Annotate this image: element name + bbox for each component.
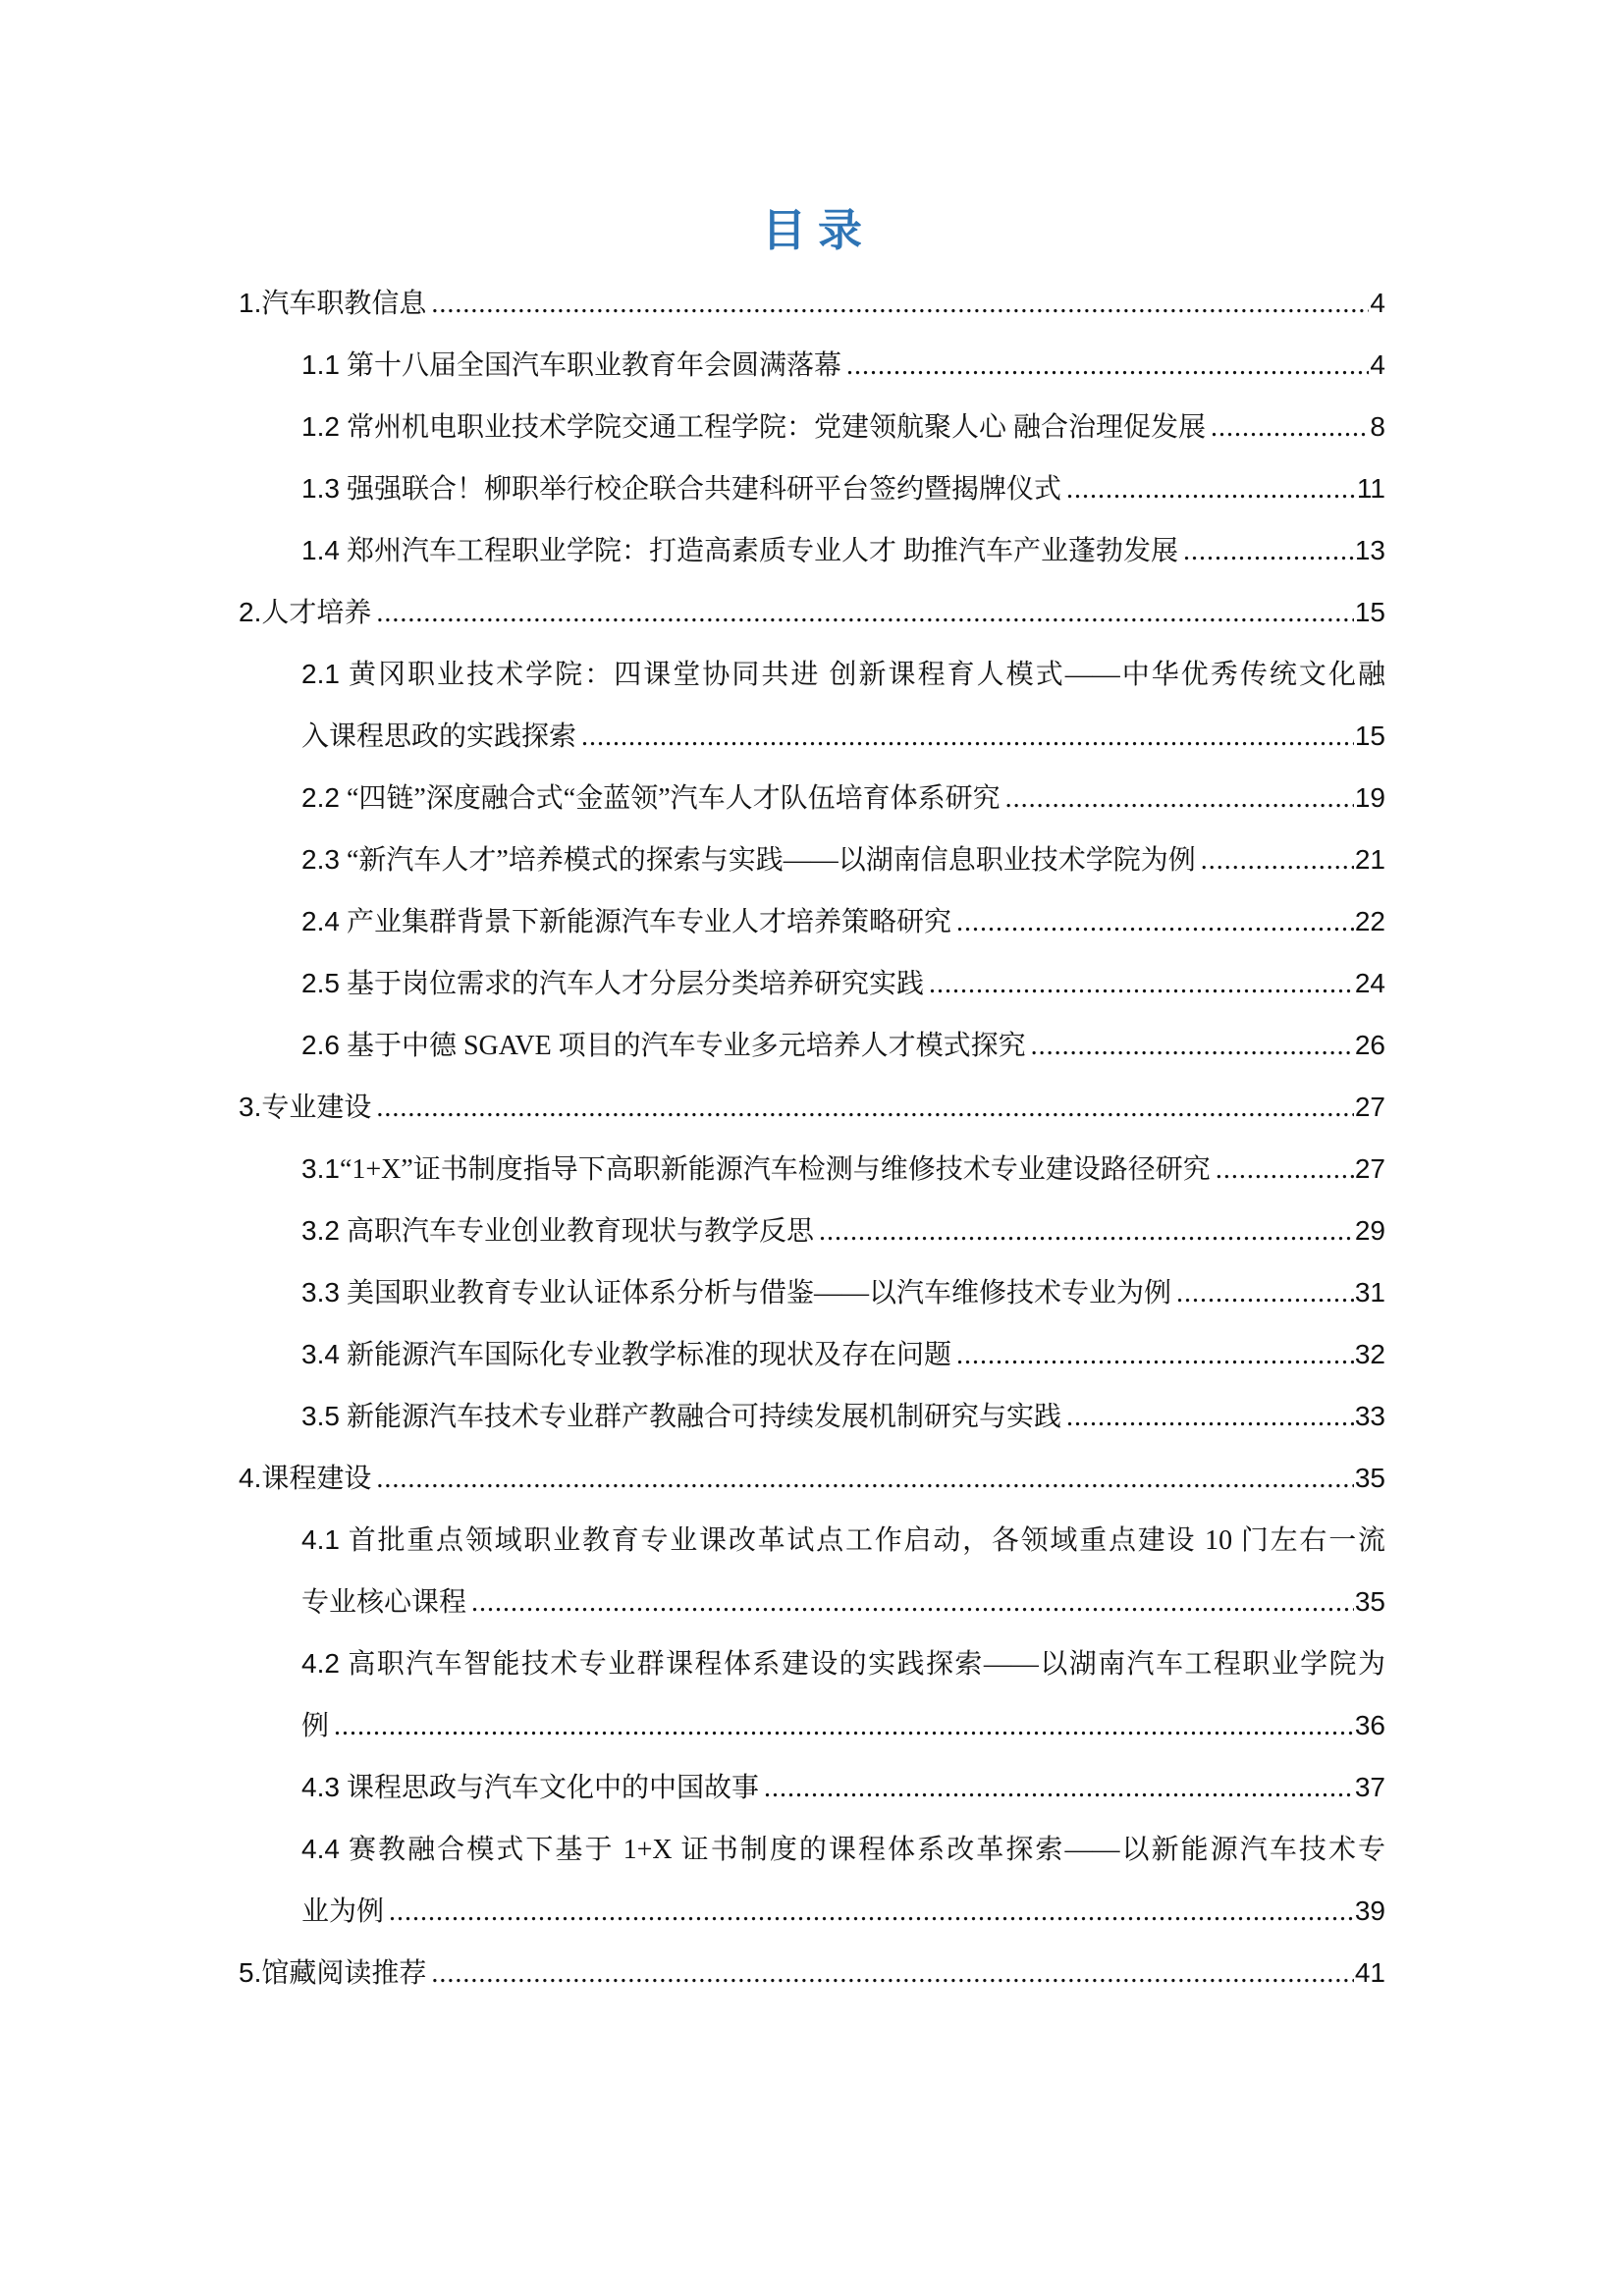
toc-entry-row: 2.人才培养15: [239, 582, 1385, 644]
toc-entry-row: 1.3 强强联合！柳职举行校企联合共建科研平台签约暨揭牌仪式11: [301, 458, 1385, 520]
toc-entry-number: 4.3: [301, 1772, 340, 1802]
toc-page-number: 35: [1355, 1572, 1385, 1632]
toc-entry[interactable]: 3.专业建设27: [239, 1077, 1385, 1139]
toc-entry-title: 郑州汽车工程职业学院：打造高素质专业人才 助推汽车产业蓬勃发展: [340, 536, 1178, 566]
toc-entry-row: 2.6 基于中德 SGAVE 项目的汽车专业多元培养人才模式探究26: [301, 1015, 1385, 1077]
toc-entry[interactable]: 1.2 常州机电职业技术学院交通工程学院：党建领航聚人心 融合治理促发展8: [239, 397, 1385, 458]
toc-entry-row: 业为例39: [301, 1881, 1385, 1943]
toc-entry-text: 3.专业建设: [239, 1077, 371, 1139]
toc-entry[interactable]: 2.2 “四链”深度融合式“金蓝领”汽车人才队伍培育体系研究19: [239, 768, 1385, 829]
dot-leader: [1183, 521, 1354, 582]
toc-entry-title: 业为例: [301, 1896, 384, 1927]
toc-entry-row: 入课程思政的实践探索15: [301, 706, 1385, 768]
dot-leader: [471, 1573, 1354, 1633]
dot-leader: [334, 1696, 1354, 1757]
toc-entry-number: 4.1: [301, 1524, 340, 1555]
toc-entry-row: 专业核心课程35: [301, 1572, 1385, 1633]
toc-entry-number: 3.5: [301, 1401, 340, 1431]
toc-entry-number: 2.3: [301, 844, 340, 875]
toc-entry-row: 3.3 美国职业教育专业认证体系分析与借鉴——以汽车维修技术专业为例31: [301, 1262, 1385, 1324]
toc-entry-text: 3.4 新能源汽车国际化专业教学标准的现状及存在问题: [301, 1324, 951, 1386]
toc-entry[interactable]: 1.汽车职教信息4: [239, 273, 1385, 335]
toc-page-number: 29: [1355, 1201, 1385, 1261]
toc-entry-number: 2.4: [301, 906, 340, 936]
toc-entry-title: 新能源汽车技术专业群产教融合可持续发展机制研究与实践: [340, 1402, 1061, 1432]
toc-page-number: 4: [1370, 273, 1385, 334]
toc-entry[interactable]: 2.人才培养15: [239, 582, 1385, 644]
toc-entry-text: 2.4 产业集群背景下新能源汽车专业人才培养策略研究: [301, 891, 951, 953]
toc-entry-title: 第十八届全国汽车职业教育年会圆满落幕: [340, 350, 841, 381]
toc-entry-text: 业为例: [301, 1882, 384, 1943]
toc-entry-text: 5.馆藏阅读推荐: [239, 1943, 426, 2004]
toc-entry-text: 入课程思政的实践探索: [301, 707, 576, 768]
toc-entry[interactable]: 3.5 新能源汽车技术专业群产教融合可持续发展机制研究与实践33: [239, 1386, 1385, 1448]
toc-entry-row: 4.3 课程思政与汽车文化中的中国故事37: [301, 1757, 1385, 1819]
dot-leader: [1066, 459, 1356, 520]
toc-entry[interactable]: 1.1 第十八届全国汽车职业教育年会圆满落幕4: [239, 335, 1385, 397]
toc-entry-number: 1.3: [301, 473, 340, 504]
dot-leader: [376, 1449, 1353, 1510]
toc-list: 1.汽车职教信息41.1 第十八届全国汽车职业教育年会圆满落幕41.2 常州机电…: [239, 273, 1385, 2004]
toc-entry[interactable]: 2.5 基于岗位需求的汽车人才分层分类培养研究实践24: [239, 953, 1385, 1015]
toc-entry-number: 1.1: [301, 349, 340, 380]
toc-title: 目录: [0, 0, 1624, 259]
toc-entry[interactable]: 4.2 高职汽车智能技术专业群课程体系建设的实践探索——以湖南汽车工程职业学院为…: [239, 1633, 1385, 1757]
toc-entry-title: 汽车职教信息: [261, 289, 426, 319]
dot-leader: [1211, 398, 1369, 458]
dot-leader: [764, 1758, 1354, 1819]
toc-entry-text: 3.2 高职汽车专业创业教育现状与教学反思: [301, 1201, 814, 1262]
toc-entry-title: 馆藏阅读推荐: [261, 1958, 426, 1989]
toc-entry[interactable]: 2.6 基于中德 SGAVE 项目的汽车专业多元培养人才模式探究26: [239, 1015, 1385, 1077]
toc-page-number: 27: [1355, 1139, 1385, 1200]
toc-page-number: 22: [1355, 891, 1385, 952]
dot-leader: [376, 583, 1353, 644]
toc-entry-row: 2.4 产业集群背景下新能源汽车专业人才培养策略研究22: [301, 891, 1385, 953]
toc-entry[interactable]: 4.1 首批重点领域职业教育专业课改革试点工作启动，各领域重点建设 10 门左右…: [239, 1510, 1385, 1633]
toc-entry-text: 1.4 郑州汽车工程职业学院：打造高素质专业人才 助推汽车产业蓬勃发展: [301, 520, 1178, 582]
toc-entry-title: 常州机电职业技术学院交通工程学院：党建领航聚人心 融合治理促发展: [340, 412, 1206, 443]
toc-entry[interactable]: 5.馆藏阅读推荐41: [239, 1943, 1385, 2004]
toc-entry-title: “新汽车人才”培养模式的探索与实践——以湖南信息职业技术学院为例: [340, 845, 1196, 876]
toc-page-number: 36: [1355, 1695, 1385, 1756]
toc-entry-number: 3.: [239, 1092, 261, 1122]
toc-entry-text: 4.3 课程思政与汽车文化中的中国故事: [301, 1757, 759, 1819]
dot-leader: [1176, 1263, 1354, 1324]
toc-page-number: 15: [1355, 582, 1385, 643]
toc-page-number: 19: [1355, 768, 1385, 828]
toc-entry-number: 1.: [239, 288, 261, 318]
toc-entry-number: 1.4: [301, 535, 340, 565]
toc-entry-number: 3.2: [301, 1215, 340, 1246]
toc-page-number: 35: [1355, 1448, 1385, 1509]
toc-entry-number: 1.2: [301, 411, 340, 442]
toc-entry-title: 例: [301, 1711, 329, 1741]
toc-entry-text: 1.1 第十八届全国汽车职业教育年会圆满落幕: [301, 335, 841, 397]
toc-entry-title: 课程建设: [261, 1464, 371, 1494]
toc-entry-line1: 4.4 赛教融合模式下基于 1+X 证书制度的课程体系改革探索——以新能源汽车技…: [301, 1819, 1385, 1881]
toc-entry-row: 2.5 基于岗位需求的汽车人才分层分类培养研究实践24: [301, 953, 1385, 1015]
dot-leader: [1005, 769, 1354, 829]
toc-entry-text: 2.6 基于中德 SGAVE 项目的汽车专业多元培养人才模式探究: [301, 1015, 1026, 1077]
dot-leader: [846, 336, 1369, 397]
toc-page-number: 39: [1355, 1881, 1385, 1942]
dot-leader: [1201, 830, 1354, 891]
toc-entry-text: 例: [301, 1696, 329, 1757]
toc-page-number: 24: [1355, 953, 1385, 1014]
toc-entry-line1: 2.1 黄冈职业技术学院：四课堂协同共进 创新课程育人模式——中华优秀传统文化融: [301, 644, 1385, 706]
toc-entry-title: 高职汽车智能技术专业群课程体系建设的实践探索——以湖南汽车工程职业学院为: [340, 1649, 1385, 1680]
toc-entry[interactable]: 4.3 课程思政与汽车文化中的中国故事37: [239, 1757, 1385, 1819]
toc-entry[interactable]: 3.2 高职汽车专业创业教育现状与教学反思29: [239, 1201, 1385, 1262]
toc-page-number: 32: [1355, 1324, 1385, 1385]
dot-leader: [819, 1201, 1354, 1262]
toc-entry-title: 赛教融合模式下基于 1+X 证书制度的课程体系改革探索——以新能源汽车技术专: [340, 1835, 1385, 1865]
toc-page-number: 26: [1355, 1015, 1385, 1076]
toc-page-number: 31: [1355, 1262, 1385, 1323]
toc-page-number: 21: [1355, 829, 1385, 890]
toc-entry[interactable]: 3.3 美国职业教育专业认证体系分析与借鉴——以汽车维修技术专业为例31: [239, 1262, 1385, 1324]
toc-entry-row: 3.2 高职汽车专业创业教育现状与教学反思29: [301, 1201, 1385, 1262]
toc-entry-row: 3.专业建设27: [239, 1077, 1385, 1139]
toc-entry-line1: 4.2 高职汽车智能技术专业群课程体系建设的实践探索——以湖南汽车工程职业学院为: [301, 1633, 1385, 1695]
toc-entry-title: “1+X”证书制度指导下高职新能源汽车检测与维修技术专业建设路径研究: [340, 1154, 1211, 1185]
toc-entry-title: 基于岗位需求的汽车人才分层分类培养研究实践: [340, 969, 924, 999]
dot-leader: [431, 274, 1369, 335]
toc-page-number: 13: [1355, 520, 1385, 581]
toc-entry[interactable]: 1.4 郑州汽车工程职业学院：打造高素质专业人才 助推汽车产业蓬勃发展13: [239, 520, 1385, 582]
toc-entry-row: 5.馆藏阅读推荐41: [239, 1943, 1385, 2004]
toc-entry-text: 3.5 新能源汽车技术专业群产教融合可持续发展机制研究与实践: [301, 1386, 1061, 1448]
toc-entry-title: 首批重点领域职业教育专业课改革试点工作启动，各领域重点建设 10 门左右一流: [340, 1525, 1385, 1556]
toc-page-number: 11: [1357, 458, 1385, 519]
toc-entry-number: 2.2: [301, 782, 340, 813]
toc-entry-text: 1.3 强强联合！柳职举行校企联合共建科研平台签约暨揭牌仪式: [301, 458, 1061, 520]
dot-leader: [929, 954, 1354, 1015]
toc-entry-title: 课程思政与汽车文化中的中国故事: [340, 1773, 759, 1803]
toc-entry-title: 专业建设: [261, 1093, 371, 1123]
toc-entry-row: 2.2 “四链”深度融合式“金蓝领”汽车人才队伍培育体系研究19: [301, 768, 1385, 829]
toc-entry-text: 2.3 “新汽车人才”培养模式的探索与实践——以湖南信息职业技术学院为例: [301, 829, 1196, 891]
toc-entry-line1: 4.1 首批重点领域职业教育专业课改革试点工作启动，各领域重点建设 10 门左右…: [301, 1510, 1385, 1572]
toc-entry[interactable]: 2.1 黄冈职业技术学院：四课堂协同共进 创新课程育人模式——中华优秀传统文化融…: [239, 644, 1385, 768]
toc-entry-text: 2.2 “四链”深度融合式“金蓝领”汽车人才队伍培育体系研究: [301, 768, 1001, 829]
toc-entry-text: 专业核心课程: [301, 1573, 466, 1633]
toc-entry-number: 3.3: [301, 1277, 340, 1308]
dot-leader: [956, 1325, 1354, 1386]
toc-entry-row: 2.3 “新汽车人才”培养模式的探索与实践——以湖南信息职业技术学院为例21: [301, 829, 1385, 891]
document-page: 目录 1.汽车职教信息41.1 第十八届全国汽车职业教育年会圆满落幕41.2 常…: [0, 0, 1624, 2296]
toc-entry-row: 1.汽车职教信息4: [239, 273, 1385, 335]
toc-entry-title: 入课程思政的实践探索: [301, 721, 576, 752]
toc-entry-title: 高职汽车专业创业教育现状与教学反思: [340, 1216, 814, 1247]
toc-page-number: 4: [1370, 335, 1385, 396]
toc-entry-title: 美国职业教育专业认证体系分析与借鉴——以汽车维修技术专业为例: [340, 1278, 1171, 1308]
dot-leader: [956, 892, 1354, 953]
toc-page-number: 27: [1355, 1077, 1385, 1138]
dot-leader: [376, 1078, 1353, 1139]
toc-entry-number: 5.: [239, 1957, 261, 1988]
toc-entry-text: 2.人才培养: [239, 582, 371, 644]
toc-entry[interactable]: 4.4 赛教融合模式下基于 1+X 证书制度的课程体系改革探索——以新能源汽车技…: [239, 1819, 1385, 1943]
toc-entry-number: 3.1: [301, 1153, 340, 1184]
toc-entry-title: 产业集群背景下新能源汽车专业人才培养策略研究: [340, 907, 951, 937]
toc-entry-title: 新能源汽车国际化专业教学标准的现状及存在问题: [340, 1340, 951, 1370]
dot-leader: [1216, 1140, 1354, 1201]
toc-entry-title: “四链”深度融合式“金蓝领”汽车人才队伍培育体系研究: [340, 783, 1001, 814]
toc-page-number: 33: [1355, 1386, 1385, 1447]
toc-entry-text: 3.3 美国职业教育专业认证体系分析与借鉴——以汽车维修技术专业为例: [301, 1262, 1171, 1324]
toc-entry-number: 4.4: [301, 1834, 340, 1864]
dot-leader: [1066, 1387, 1354, 1448]
toc-entry-number: 2.1: [301, 659, 340, 689]
dot-leader: [581, 707, 1354, 768]
toc-entry-number: 2.6: [301, 1030, 340, 1060]
toc-entry-text: 1.汽车职教信息: [239, 273, 426, 335]
toc-entry-text: 2.5 基于岗位需求的汽车人才分层分类培养研究实践: [301, 953, 924, 1015]
toc-page-number: 8: [1370, 397, 1385, 457]
toc-entry[interactable]: 1.3 强强联合！柳职举行校企联合共建科研平台签约暨揭牌仪式11: [239, 458, 1385, 520]
toc-entry-row: 1.1 第十八届全国汽车职业教育年会圆满落幕4: [301, 335, 1385, 397]
toc-page-number: 37: [1355, 1757, 1385, 1818]
toc-entry-row: 4.课程建设35: [239, 1448, 1385, 1510]
toc-entry[interactable]: 4.课程建设35: [239, 1448, 1385, 1510]
dot-leader: [389, 1882, 1354, 1943]
toc-entry-number: 3.4: [301, 1339, 340, 1369]
toc-entry-row: 3.4 新能源汽车国际化专业教学标准的现状及存在问题32: [301, 1324, 1385, 1386]
dot-leader: [1031, 1016, 1354, 1077]
toc-entry-row: 例36: [301, 1695, 1385, 1757]
toc-entry-title: 黄冈职业技术学院：四课堂协同共进 创新课程育人模式——中华优秀传统文化融: [340, 660, 1385, 690]
toc-entry-title: 专业核心课程: [301, 1587, 466, 1618]
dot-leader: [431, 1944, 1353, 2004]
toc-entry-text: 3.1“1+X”证书制度指导下高职新能源汽车检测与维修技术专业建设路径研究: [301, 1139, 1211, 1201]
toc-entry-row: 1.4 郑州汽车工程职业学院：打造高素质专业人才 助推汽车产业蓬勃发展13: [301, 520, 1385, 582]
toc-entry[interactable]: 3.4 新能源汽车国际化专业教学标准的现状及存在问题32: [239, 1324, 1385, 1386]
toc-entry[interactable]: 2.4 产业集群背景下新能源汽车专业人才培养策略研究22: [239, 891, 1385, 953]
toc-entry-number: 4.2: [301, 1648, 340, 1679]
toc-entry-text: 1.2 常州机电职业技术学院交通工程学院：党建领航聚人心 融合治理促发展: [301, 397, 1206, 458]
toc-entry-number: 2.5: [301, 968, 340, 998]
toc-entry-title: 人才培养: [261, 598, 371, 628]
toc-entry-row: 3.1“1+X”证书制度指导下高职新能源汽车检测与维修技术专业建设路径研究27: [301, 1139, 1385, 1201]
toc-entry-row: 3.5 新能源汽车技术专业群产教融合可持续发展机制研究与实践33: [301, 1386, 1385, 1448]
toc-entry-title: 基于中德 SGAVE 项目的汽车专业多元培养人才模式探究: [340, 1031, 1026, 1061]
toc-entry-text: 4.课程建设: [239, 1448, 371, 1510]
toc-entry[interactable]: 2.3 “新汽车人才”培养模式的探索与实践——以湖南信息职业技术学院为例21: [239, 829, 1385, 891]
toc-entry-title: 强强联合！柳职举行校企联合共建科研平台签约暨揭牌仪式: [340, 474, 1061, 505]
toc-entry[interactable]: 3.1“1+X”证书制度指导下高职新能源汽车检测与维修技术专业建设路径研究27: [239, 1139, 1385, 1201]
toc-entry-row: 1.2 常州机电职业技术学院交通工程学院：党建领航聚人心 融合治理促发展8: [301, 397, 1385, 458]
toc-page-number: 41: [1355, 1943, 1385, 2003]
toc-entry-number: 2.: [239, 597, 261, 627]
toc-entry-number: 4.: [239, 1463, 261, 1493]
toc-page-number: 15: [1355, 706, 1385, 767]
